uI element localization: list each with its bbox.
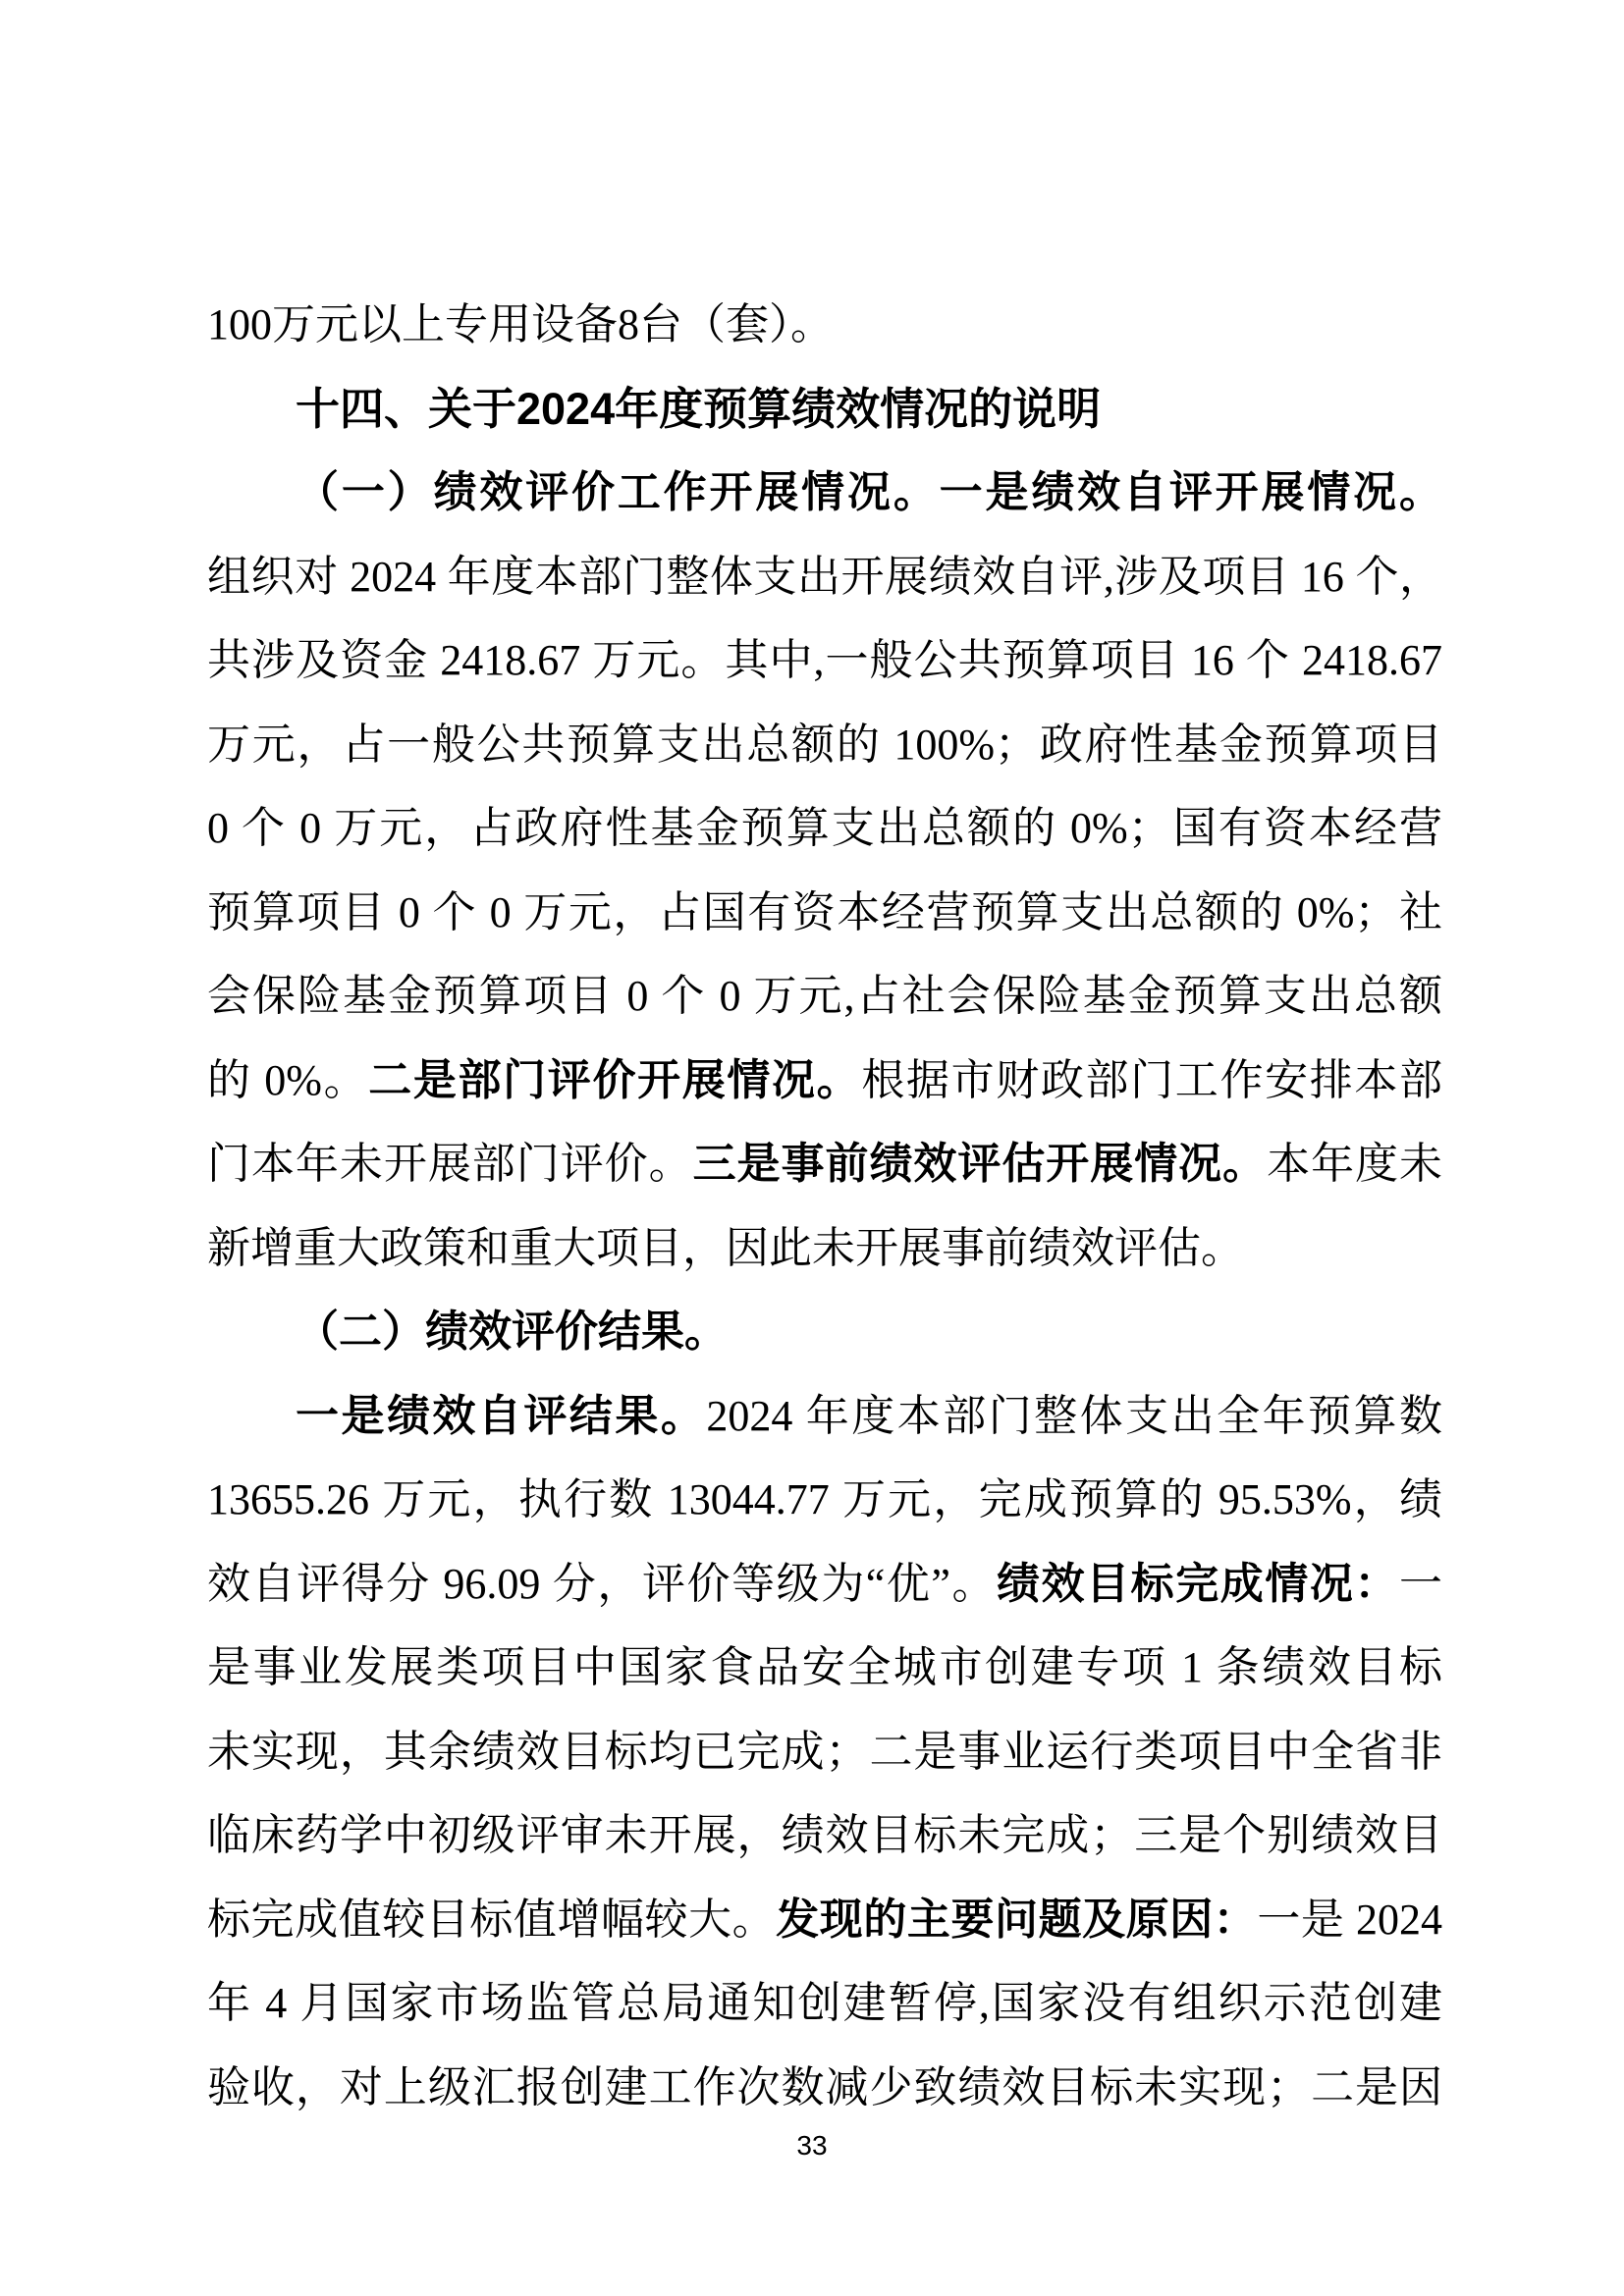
text-line: 13655.26 万元，执行数 13044.77 万元，完成预算的 95.53%… — [207, 1458, 1442, 1542]
text-segment: 13655.26 万元，执行数 13044.77 万元，完成预算的 95.53%… — [207, 1475, 1442, 1523]
text-segment: 本年度未 — [1267, 1140, 1442, 1188]
text-segment: 根据市财政部门工作安排本部 — [861, 1056, 1442, 1104]
text-line: 100万元以上专用设备8台（套）。 — [207, 283, 1442, 367]
text-line: 门本年未开展部门评价。三是事前绩效评估开展情况。本年度未 — [207, 1122, 1442, 1206]
text-segment: 的 0%。 — [207, 1056, 368, 1104]
text-segment: 共涉及资金 2418.67 万元。其中,一般公共预算项目 16 个 2418.6… — [207, 636, 1442, 684]
text-segment: 一是 2024 — [1257, 1896, 1442, 1944]
text-line: 新增重大政策和重大项目，因此未开展事前绩效评估。 — [207, 1206, 1442, 1291]
document-page: 100万元以上专用设备8台（套）。十四、关于2024年度预算绩效情况的说明（一）… — [0, 0, 1624, 2296]
text-segment: 100万元以上专用设备8台（套）。 — [207, 300, 834, 348]
bold-text-segment: （一）绩效评价工作开展情况。一是绩效自评开展情况。 — [296, 468, 1442, 516]
text-line: 效自评得分 96.09 分，评价等级为“优”。绩效目标完成情况：一 — [207, 1542, 1442, 1627]
text-line: 共涉及资金 2418.67 万元。其中,一般公共预算项目 16 个 2418.6… — [207, 618, 1442, 703]
text-segment: 会保险基金预算项目 0 个 0 万元,占社会保险基金预算支出总额 — [207, 972, 1442, 1020]
text-line: 组织对 2024 年度本部门整体支出开展绩效自评,涉及项目 16 个， — [207, 535, 1442, 619]
text-line: 标完成值较目标值增幅较大。发现的主要问题及原因：一是 2024 — [207, 1878, 1442, 1962]
text-line: 是事业发展类项目中国家食品安全城市创建专项 1 条绩效目标 — [207, 1626, 1442, 1710]
heading-line: 十四、关于2024年度预算绩效情况的说明 — [207, 367, 1442, 452]
bold-text-segment: （二）绩效评价结果。 — [296, 1308, 728, 1356]
text-segment: 万元，占一般公共预算支出总额的 100%；政府性基金预算项目 — [207, 721, 1442, 769]
text-line: 万元，占一般公共预算支出总额的 100%；政府性基金预算项目 — [207, 703, 1442, 787]
text-segment: 效自评得分 96.09 分，评价等级为“优”。 — [207, 1560, 997, 1608]
text-segment: 预算项目 0 个 0 万元，占国有资本经营预算支出总额的 0%；社 — [207, 888, 1442, 936]
text-line: 会保险基金预算项目 0 个 0 万元,占社会保险基金预算支出总额 — [207, 954, 1442, 1039]
text-line: （一）绩效评价工作开展情况。一是绩效自评开展情况。 — [207, 451, 1442, 535]
text-line: 预算项目 0 个 0 万元，占国有资本经营预算支出总额的 0%；社 — [207, 871, 1442, 955]
bold-text-segment: 三是事前绩效评估开展情况。 — [693, 1140, 1268, 1188]
text-segment: 一 — [1399, 1560, 1442, 1608]
text-segment: 2024 年度本部门整体支出全年预算数 — [706, 1392, 1442, 1440]
text-segment: 临床药学中初级评审未开展，绩效目标未完成；三是个别绩效目 — [207, 1811, 1442, 1859]
bold-text-segment: 一是绩效自评结果。 — [296, 1392, 706, 1440]
text-block: 100万元以上专用设备8台（套）。十四、关于2024年度预算绩效情况的说明（一）… — [207, 283, 1442, 2129]
text-segment: 0 个 0 万元，占政府性基金预算支出总额的 0%；国有资本经营 — [207, 804, 1442, 852]
text-segment: 门本年未开展部门评价。 — [207, 1140, 693, 1188]
text-line: 一是绩效自评结果。2024 年度本部门整体支出全年预算数 — [207, 1374, 1442, 1459]
text-segment: 组织对 2024 年度本部门整体支出开展绩效自评,涉及项目 16 个， — [207, 553, 1442, 601]
bold-text-segment: 二是部门评价开展情况。 — [368, 1056, 861, 1104]
text-segment: 新增重大政策和重大项目，因此未开展事前绩效评估。 — [207, 1224, 1244, 1272]
page-number: 33 — [0, 2130, 1624, 2162]
text-line: 0 个 0 万元，占政府性基金预算支出总额的 0%；国有资本经营 — [207, 786, 1442, 871]
text-line: 临床药学中初级评审未开展，绩效目标未完成；三是个别绩效目 — [207, 1793, 1442, 1878]
bold-text-segment: 绩效目标完成情况： — [997, 1560, 1399, 1608]
text-line: 未实现，其余绩效目标均已完成；二是事业运行类项目中全省非 — [207, 1710, 1442, 1794]
text-segment: 年 4 月国家市场监管总局通知创建暂停,国家没有组织示范创建 — [207, 1979, 1442, 2027]
bold-text-segment: 发现的主要问题及原因： — [776, 1896, 1257, 1944]
text-line: 的 0%。二是部门评价开展情况。根据市财政部门工作安排本部 — [207, 1039, 1442, 1123]
text-segment: 标完成值较目标值增幅较大。 — [207, 1896, 776, 1944]
text-segment: 验收，对上级汇报创建工作次数减少致绩效目标未实现；二是因 — [207, 2063, 1442, 2111]
text-line: 验收，对上级汇报创建工作次数减少致绩效目标未实现；二是因 — [207, 2046, 1442, 2130]
text-line: （二）绩效评价结果。 — [207, 1290, 1442, 1374]
text-line: 年 4 月国家市场监管总局通知创建暂停,国家没有组织示范创建 — [207, 1961, 1442, 2046]
text-segment: 是事业发展类项目中国家食品安全城市创建专项 1 条绩效目标 — [207, 1643, 1442, 1691]
text-segment: 未实现，其余绩效目标均已完成；二是事业运行类项目中全省非 — [207, 1728, 1442, 1776]
bold-text-segment: 十四、关于2024年度预算绩效情况的说明 — [296, 384, 1101, 434]
